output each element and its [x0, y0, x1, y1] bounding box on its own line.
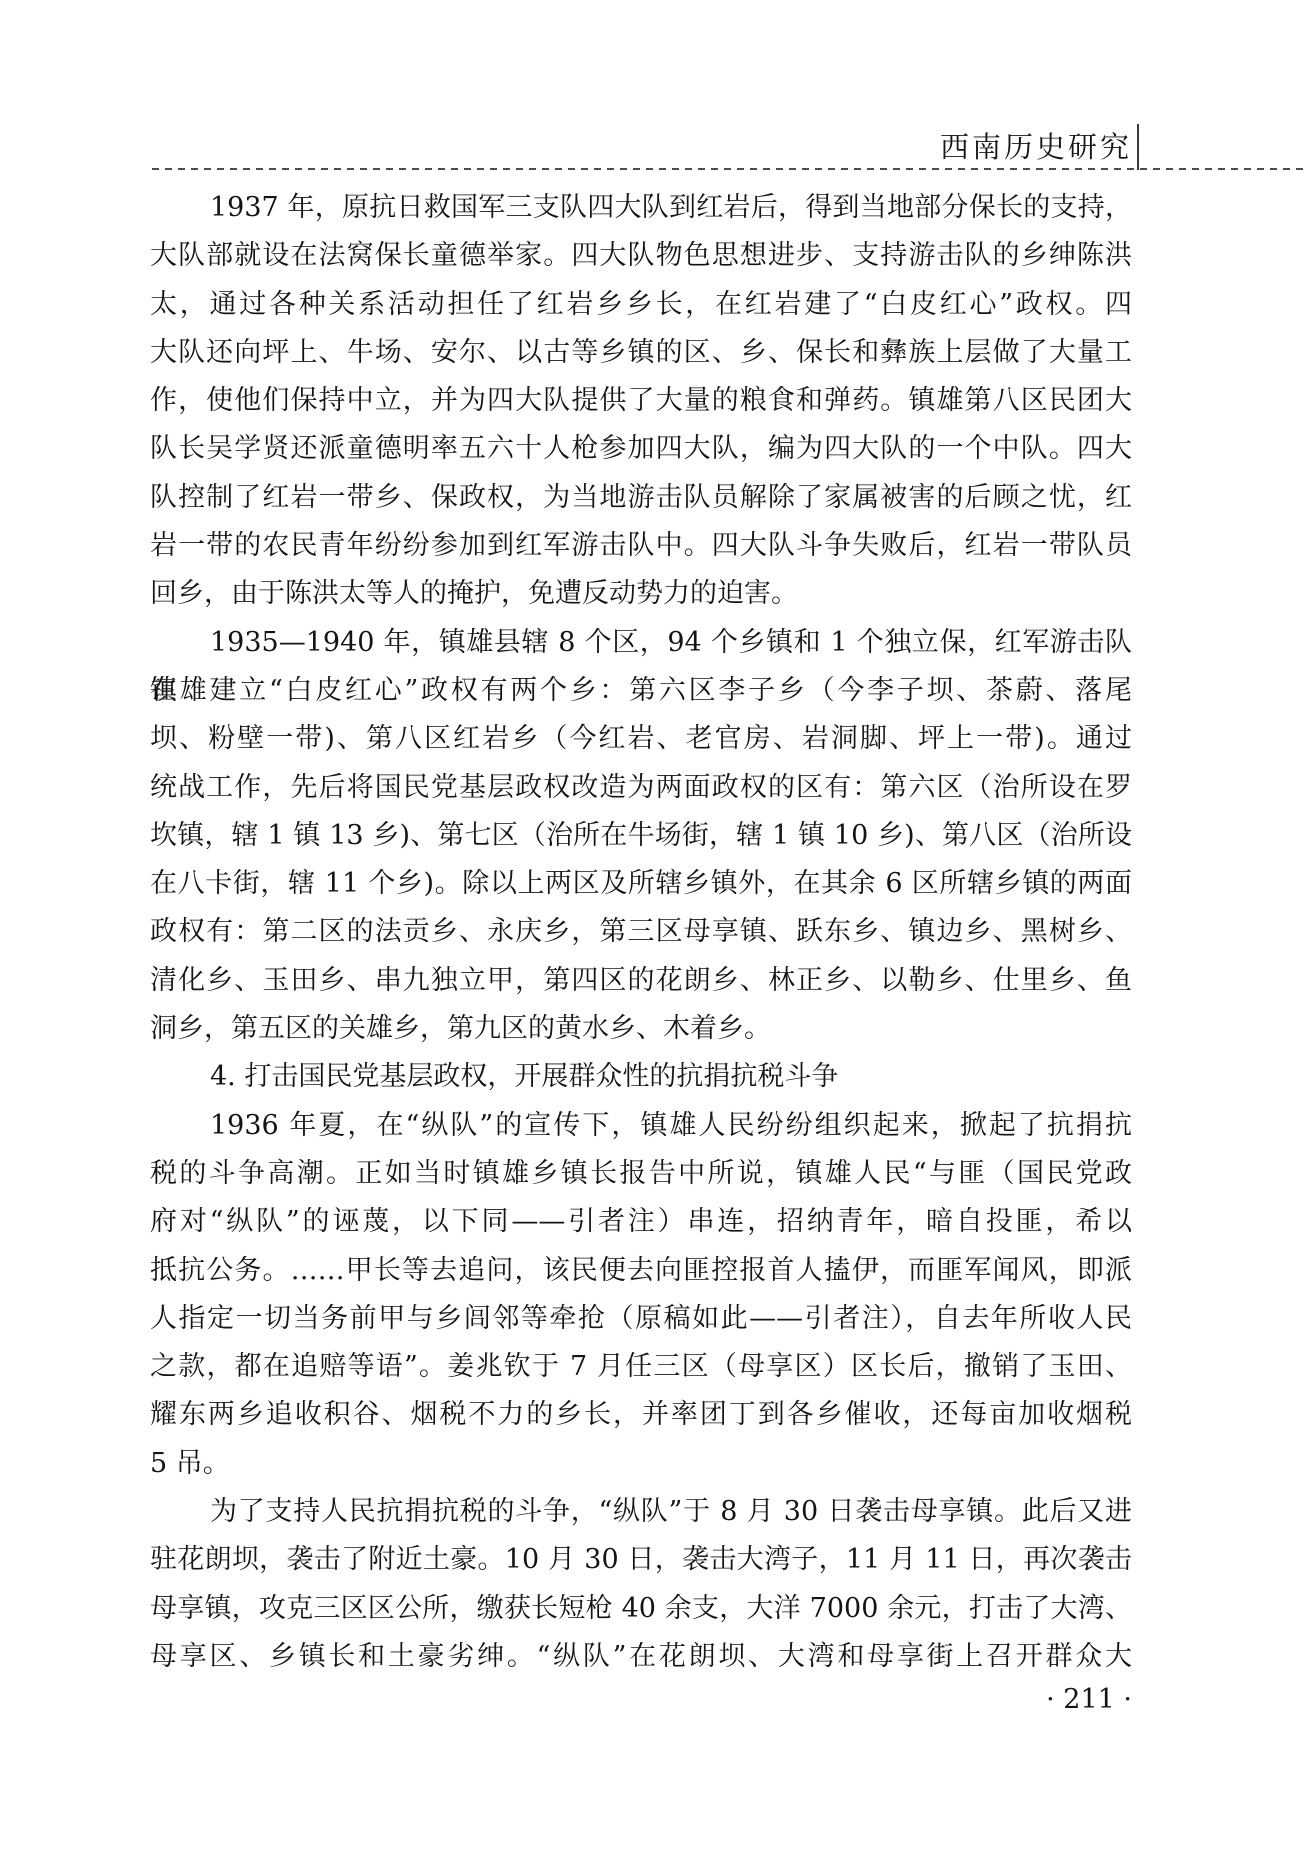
text-line: 母享镇，攻克三区区公所，缴获长短枪 40 余支，大洋 7000 余元，打击了大湾… [150, 1585, 1132, 1633]
text-line: 统战工作，先后将国民党基层政权改造为两面政权的区有：第六区（治所设在罗 [150, 764, 1132, 812]
text-line: 镇雄建立“白皮红心”政权有两个乡：第六区李子乡（今李子坝、茶蔚、落尾 [150, 667, 1132, 715]
text-line: 岩一带的农民青年纷纷参加到红军游击队中。四大队斗争失败后，红岩一带队员 [150, 522, 1132, 570]
text-line: 之款，都在追赔等语”。姜兆钦于 7 月任三区（母享区）区长后，撤销了玉田、 [150, 1343, 1132, 1391]
text-line: 母享区、乡镇长和土豪劣绅。“纵队”在花朗坝、大湾和母享街上召开群众大 [150, 1633, 1132, 1681]
text-line: 1936 年夏，在“纵队”的宣传下，镇雄人民纷纷组织起来，掀起了抗捐抗 [150, 1102, 1132, 1150]
body-text: 1937 年，原抗日救国军三支队四大队到红岩后，得到当地部分保长的支持， 大队部… [150, 184, 1132, 1681]
journal-title: 西南历史研究 [940, 124, 1132, 170]
section-heading: 4. 打击国民党基层政权，开展群众性的抗捐抗税斗争 [150, 1053, 1132, 1101]
text-line: 在八卡街，辖 11 个乡)。除以上两区及所辖乡镇外，在其余 6 区所辖乡镇的两面 [150, 860, 1132, 908]
text-line: 坎镇，辖 1 镇 13 乡)、第七区（治所在牛场街，辖 1 镇 10 乡)、第八… [150, 812, 1132, 860]
text-line: 驻花朗坝，袭击了附近土豪。10 月 30 日，袭击大湾子，11 月 11 日，再… [150, 1536, 1132, 1584]
text-line: 府对“纵队”的诬蔑，以下同——引者注）串连，招纳青年，暗自投匪，希以 [150, 1198, 1132, 1246]
page-number: · 211 · [150, 1678, 1132, 1722]
text-line: 洞乡，第五区的关雄乡，第九区的黄水乡、木着乡。 [150, 1005, 1132, 1053]
book-page: 西南历史研究 1937 年，原抗日救国军三支队四大队到红岩后，得到当地部分保长的… [0, 0, 1307, 1859]
header-divider-bar [1137, 124, 1139, 170]
text-line: 大队还向坪上、牛场、安尔、以古等乡镇的区、乡、保长和彝族上层做了大量工 [150, 329, 1132, 377]
text-line: 大队部就设在法窝保长童德举家。四大队物色思想进步、支持游击队的乡绅陈洪 [150, 232, 1132, 280]
text-line: 抵抗公务。……甲长等去追问，该民便去向匪控报首人搕伊，而匪军闻风，即派 [150, 1247, 1132, 1295]
text-line: 税的斗争高潮。正如当时镇雄乡镇长报告中所说，镇雄人民“与匪（国民党政 [150, 1150, 1132, 1198]
text-line: 政权有：第二区的法贡乡、永庆乡，第三区母享镇、跃东乡、镇边乡、黑树乡、 [150, 908, 1132, 956]
text-line: 坝、粉壁一带)、第八区红岩乡（今红岩、老官房、岩洞脚、坪上一带)。通过 [150, 715, 1132, 763]
text-line: 耀东两乡追收积谷、烟税不力的乡长，并率团丁到各乡催收，还每亩加收烟税 [150, 1391, 1132, 1439]
text-line: 队长吴学贤还派童德明率五六十人枪参加四大队，编为四大队的一个中队。四大 [150, 425, 1132, 473]
text-line: 回乡，由于陈洪太等人的掩护，免遭反动势力的迫害。 [150, 570, 1132, 618]
text-line: 队控制了红岩一带乡、保政权，为当地游击队员解除了家属被害的后顾之忧，红 [150, 474, 1132, 522]
text-line: 作，使他们保持中立，并为四大队提供了大量的粮食和弹药。镇雄第八区民团大 [150, 377, 1132, 425]
text-line: 为了支持人民抗捐抗税的斗争，“纵队”于 8 月 30 日袭击母享镇。此后又进 [150, 1488, 1132, 1536]
header-dashed-rule [152, 168, 1305, 170]
text-line: 1935—1940 年，镇雄县辖 8 个区，94 个乡镇和 1 个独立保，红军游… [150, 619, 1132, 667]
text-line: 5 吊。 [150, 1440, 1132, 1488]
text-line: 人指定一切当务前甲与乡闾邻等牵抢（原稿如此——引者注），自去年所收人民 [150, 1295, 1132, 1343]
text-line: 1937 年，原抗日救国军三支队四大队到红岩后，得到当地部分保长的支持， [150, 184, 1132, 232]
text-line: 太，通过各种关系活动担任了红岩乡乡长，在红岩建了“白皮红心”政权。四 [150, 281, 1132, 329]
page-header: 西南历史研究 [940, 124, 1139, 170]
text-line: 清化乡、玉田乡、串九独立甲，第四区的花朗乡、林正乡、以勒乡、仕里乡、鱼 [150, 957, 1132, 1005]
